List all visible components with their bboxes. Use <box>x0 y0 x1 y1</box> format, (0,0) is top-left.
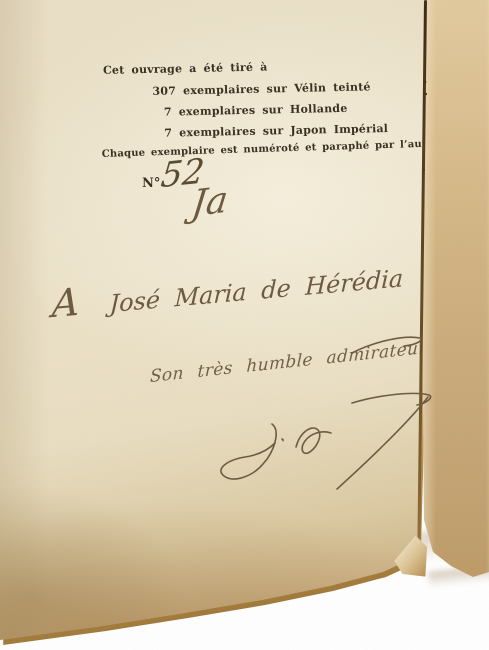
dedication-handwritten: A José Maria de Hérédia <box>51 251 404 326</box>
copy-number-label: N° <box>142 176 160 191</box>
author-paraph-handwritten: Ja <box>189 179 230 225</box>
colophon-line: Chaque exemplaire est numéroté et paraph… <box>102 138 450 160</box>
photo-of-book: Cet ouvrage a été tiré à 307 exemplaires… <box>0 0 489 650</box>
colophon-line: 7 exemplaires sur Japon Impérial <box>164 122 388 140</box>
colophon-block: Cet ouvrage a été tiré à 307 exemplaires… <box>0 0 442 182</box>
inscription-handwritten: Son très humble admirateur <box>150 338 428 387</box>
colophon-line: 307 exemplaires sur Vélin teinté <box>152 80 370 98</box>
colophon-line: Cet ouvrage a été tiré à <box>103 60 268 76</box>
colophon-line: 7 exemplaires sur Hollande <box>164 102 348 119</box>
